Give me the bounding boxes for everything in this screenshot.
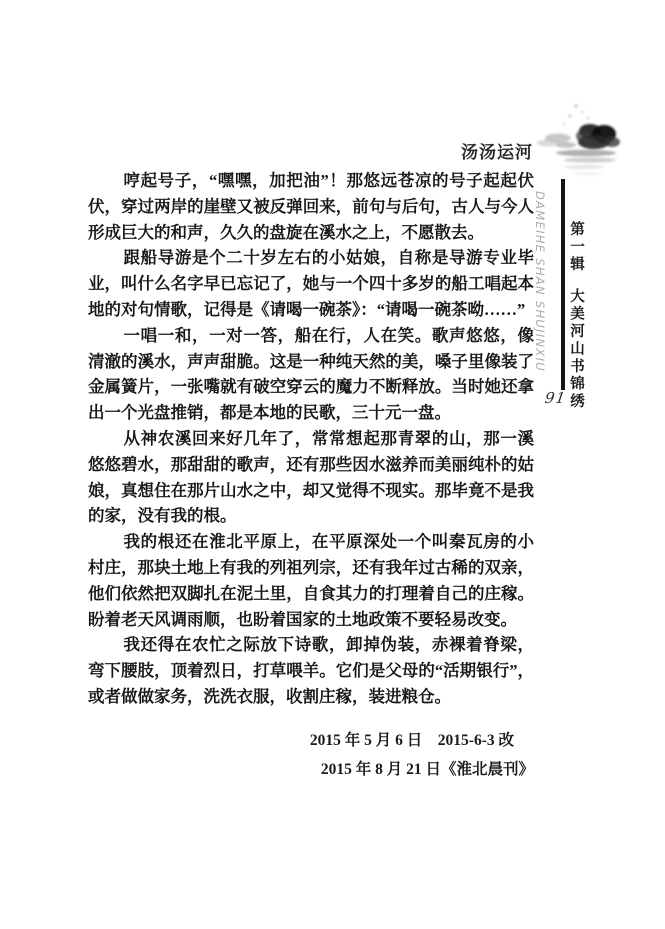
ink-wash-painting-icon xyxy=(528,100,628,185)
page-number: 91 xyxy=(544,389,568,407)
written-date-line: 2015 年 5 月 6 日 2015-6-3 改 xyxy=(88,726,534,755)
book-page: 汤汤运河 xyxy=(0,0,665,929)
paragraph: 从神农溪回来好几年了，常常想起那青翠的山，那一溪悠悠碧水，那甜甜的歌声，还有那些… xyxy=(88,426,534,529)
series-title: 大美河山书锦绣 xyxy=(568,274,584,411)
sidebar-series-title: 第一辑大美河山书锦绣 xyxy=(566,221,587,410)
paragraph: 我的根还在淮北平原上，在平原深处一个叫秦瓦房的小村庄，那块土地上有我的列祖列宗，… xyxy=(88,529,534,632)
running-head-title: 汤汤运河 xyxy=(0,138,533,163)
paragraph: 跟船导游是个二十岁左右的小姑娘，自称是导游专业毕业，叫什么名字早已忘记了，她与一… xyxy=(88,245,534,322)
sidebar-vertical-rule xyxy=(561,179,565,390)
paragraph: 哼起号子，“嘿嘿，加把油”！那悠远苍凉的号子起起伏伏，穿过两岸的崖壁又被反弹回来… xyxy=(88,168,534,245)
volume-label: 第一辑 xyxy=(568,221,584,274)
paragraph: 一唱一和，一对一答，船在行，人在笑。歌声悠悠，像清澈的溪水，声声甜脆。这是一种纯… xyxy=(88,323,534,426)
article-body: 哼起号子，“嘿嘿，加把油”！那悠远苍凉的号子起起伏伏，穿过两岸的崖壁又被反弹回来… xyxy=(88,168,534,784)
published-date-line: 2015 年 8 月 21 日《淮北晨刊》 xyxy=(88,755,534,784)
paragraph: 我还得在农忙之际放下诗歌，卸掉伪装，赤裸着脊梁，弯下腰肢，顶着烈日，打草喂羊。它… xyxy=(88,632,534,709)
sidebar-series-pinyin: DAMEIHE SHAN SHUJINXIU xyxy=(533,191,547,381)
date-block: 2015 年 5 月 6 日 2015-6-3 改 2015 年 8 月 21 … xyxy=(88,726,534,784)
